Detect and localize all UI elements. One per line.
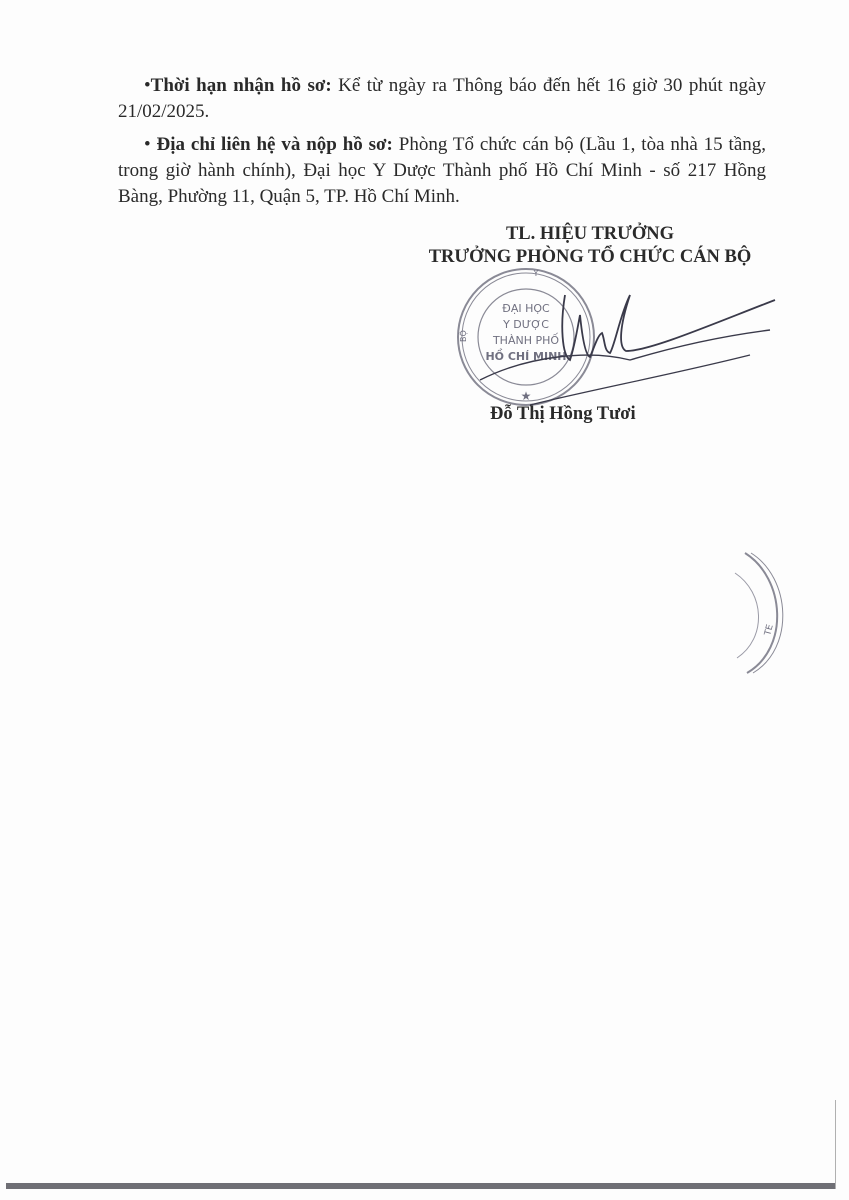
signer-name: Đỗ Thị Hồng Tươi — [490, 404, 636, 425]
signature-scribble-icon — [470, 285, 790, 415]
partial-stamp-icon: TE — [725, 548, 805, 678]
deadline-paragraph: •Thời hạn nhận hồ sơ: Kể từ ngày ra Thôn… — [118, 73, 766, 125]
svg-text:Y: Y — [533, 269, 539, 278]
svg-text:BỘ: BỘ — [457, 330, 468, 342]
contact-label: Địa chỉ liên hệ và nộp hồ sơ: — [157, 134, 393, 155]
bullet-icon: • — [144, 75, 151, 96]
bullet-icon: • — [144, 134, 151, 155]
page-bottom-border — [6, 1183, 835, 1189]
deadline-label: Thời hạn nhận hồ sơ: — [151, 75, 332, 96]
signature-title-1: TL. HIỆU TRƯỞNG — [400, 222, 780, 246]
contact-paragraph: • Địa chỉ liên hệ và nộp hồ sơ: Phòng Tổ… — [118, 132, 766, 210]
page-edge-line — [835, 1100, 836, 1189]
